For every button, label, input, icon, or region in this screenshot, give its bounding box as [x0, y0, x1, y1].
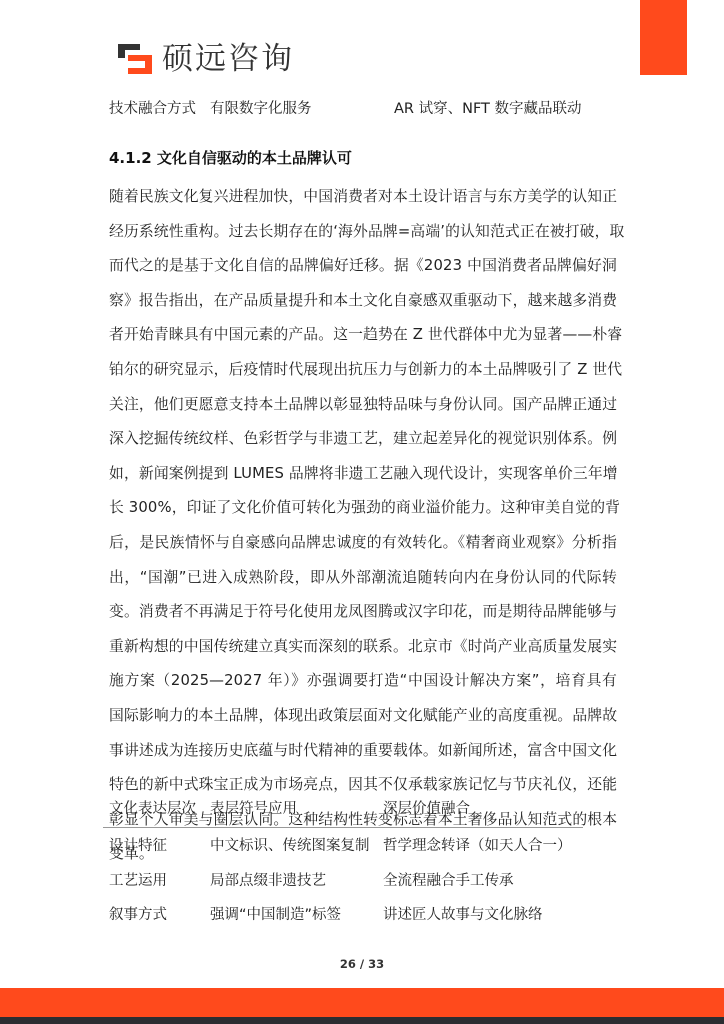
paragraph-line: 深入挖掘传统纹样、色彩哲学与非遗工艺，建立起差异化的视觉识别体系。例: [109, 422, 617, 457]
brand-logo: 硕远咨询: [116, 40, 294, 78]
table-row: 工艺运用 局部点缀非遗技艺 全流程融合手工传承: [103, 863, 583, 898]
paragraph-line: 铂尔的研究显示，后疫情时代展现出抗压力与创新力的本土品牌吸引了 Z 世代: [109, 353, 617, 388]
table-cell: 强调“中国制造”标签: [210, 905, 341, 925]
footer-accent-bar: [0, 988, 724, 1017]
paragraph-line: 随着民族文化复兴进程加快，中国消费者对本土设计语言与东方美学的认知正: [109, 180, 617, 215]
footer-dark-bar: [0, 1017, 724, 1024]
body-paragraph: 随着民族文化复兴进程加快，中国消费者对本土设计语言与东方美学的认知正 经历系统性…: [109, 180, 617, 872]
paragraph-line: 长 300%，印证了文化价值可转化为强劲的商业溢价能力。这种审美自觉的背: [109, 491, 617, 526]
paragraph-line: 变。消费者不再满足于符号化使用龙凤图腾或汉字印花，而是期待品牌能够与: [109, 595, 617, 630]
paragraph-line: 国际影响力的本土品牌，体现出政策层面对文化赋能产业的高度重视。品牌故: [109, 699, 617, 734]
row-deep-value: AR 试穿、NFT 数字藏品联动: [394, 99, 582, 119]
corner-accent-block: [640, 0, 687, 75]
paragraph-line: 出，“国潮”已进入成熟阶段，即从外部潮流追随转向内在身份认同的代际转: [109, 561, 617, 596]
paragraph-line: 者开始青睐具有中国元素的产品。这一趋势在 Z 世代群体中尤为显著——朴睿: [109, 318, 617, 353]
table-cell: 哲学理念转译（如天人合一）: [383, 836, 572, 856]
brand-name: 硕远咨询: [162, 40, 294, 78]
table-cell: 讲述匠人故事与文化脉络: [383, 905, 543, 925]
column-header: 文化表达层次: [109, 799, 196, 819]
column-header: 深层价值融合: [383, 799, 470, 819]
table-cell: 局部点缀非遗技艺: [210, 871, 326, 891]
row-label: 技术融合方式: [109, 99, 196, 119]
table-cell: 全流程融合手工传承: [383, 871, 514, 891]
table-cell: 中文标识、传统图案复制: [210, 836, 370, 856]
previous-table-row: 技术融合方式 有限数字化服务 AR 试穿、NFT 数字藏品联动: [109, 99, 609, 119]
paragraph-line: 而代之的是基于文化自信的品牌偏好迁移。据《2023 中国消费者品牌偏好洞: [109, 249, 617, 284]
paragraph-line: 关注，他们更愿意支持本土品牌以彰显独特品味与身份认同。国产品牌正通过: [109, 388, 617, 423]
culture-expression-table: 文化表达层次 表层符号应用 深层价值融合 设计特征 中文标识、传统图案复制 哲学…: [103, 795, 583, 932]
paragraph-line: 重新构想的中国传统建立真实而深刻的联系。北京市《时尚产业高质量发展实: [109, 630, 617, 665]
table-row: 叙事方式 强调“中国制造”标签 讲述匠人故事与文化脉络: [103, 897, 583, 932]
paragraph-line: 经历系统性重构。过去长期存在的‘海外品牌=高端’的认知范式正在被打破，取: [109, 215, 617, 250]
column-header: 表层符号应用: [210, 799, 297, 819]
page-number: 26 / 33: [0, 956, 724, 972]
row-surface-value: 有限数字化服务: [210, 99, 312, 119]
paragraph-line: 如，新闻案例提到 LUMES 品牌将非遗工艺融入现代设计，实现客单价三年增: [109, 457, 617, 492]
paragraph-line: 察》报告指出，在产品质量提升和本土文化自豪感双重驱动下，越来越多消费: [109, 284, 617, 319]
table-cell: 叙事方式: [109, 905, 167, 925]
table-cell: 工艺运用: [109, 871, 167, 891]
paragraph-line: 施方案（2025—2027 年）》亦强调要打造“中国设计解决方案”，培育具有: [109, 664, 617, 699]
paragraph-line: 后，是民族情怀与自豪感向品牌忠诚度的有效转化。《精奢商业观察》分析指: [109, 526, 617, 561]
table-row: 设计特征 中文标识、传统图案复制 哲学理念转译（如天人合一）: [103, 828, 583, 863]
paragraph-line: 事讲述成为连接历史底蕴与时代精神的重要载体。如新闻所述，富含中国文化: [109, 734, 617, 769]
table-cell: 设计特征: [109, 836, 167, 856]
table-header-row: 文化表达层次 表层符号应用 深层价值融合: [103, 795, 583, 828]
brand-logo-icon: [116, 42, 154, 76]
section-heading: 4.1.2 文化自信驱动的本土品牌认可: [109, 148, 352, 168]
